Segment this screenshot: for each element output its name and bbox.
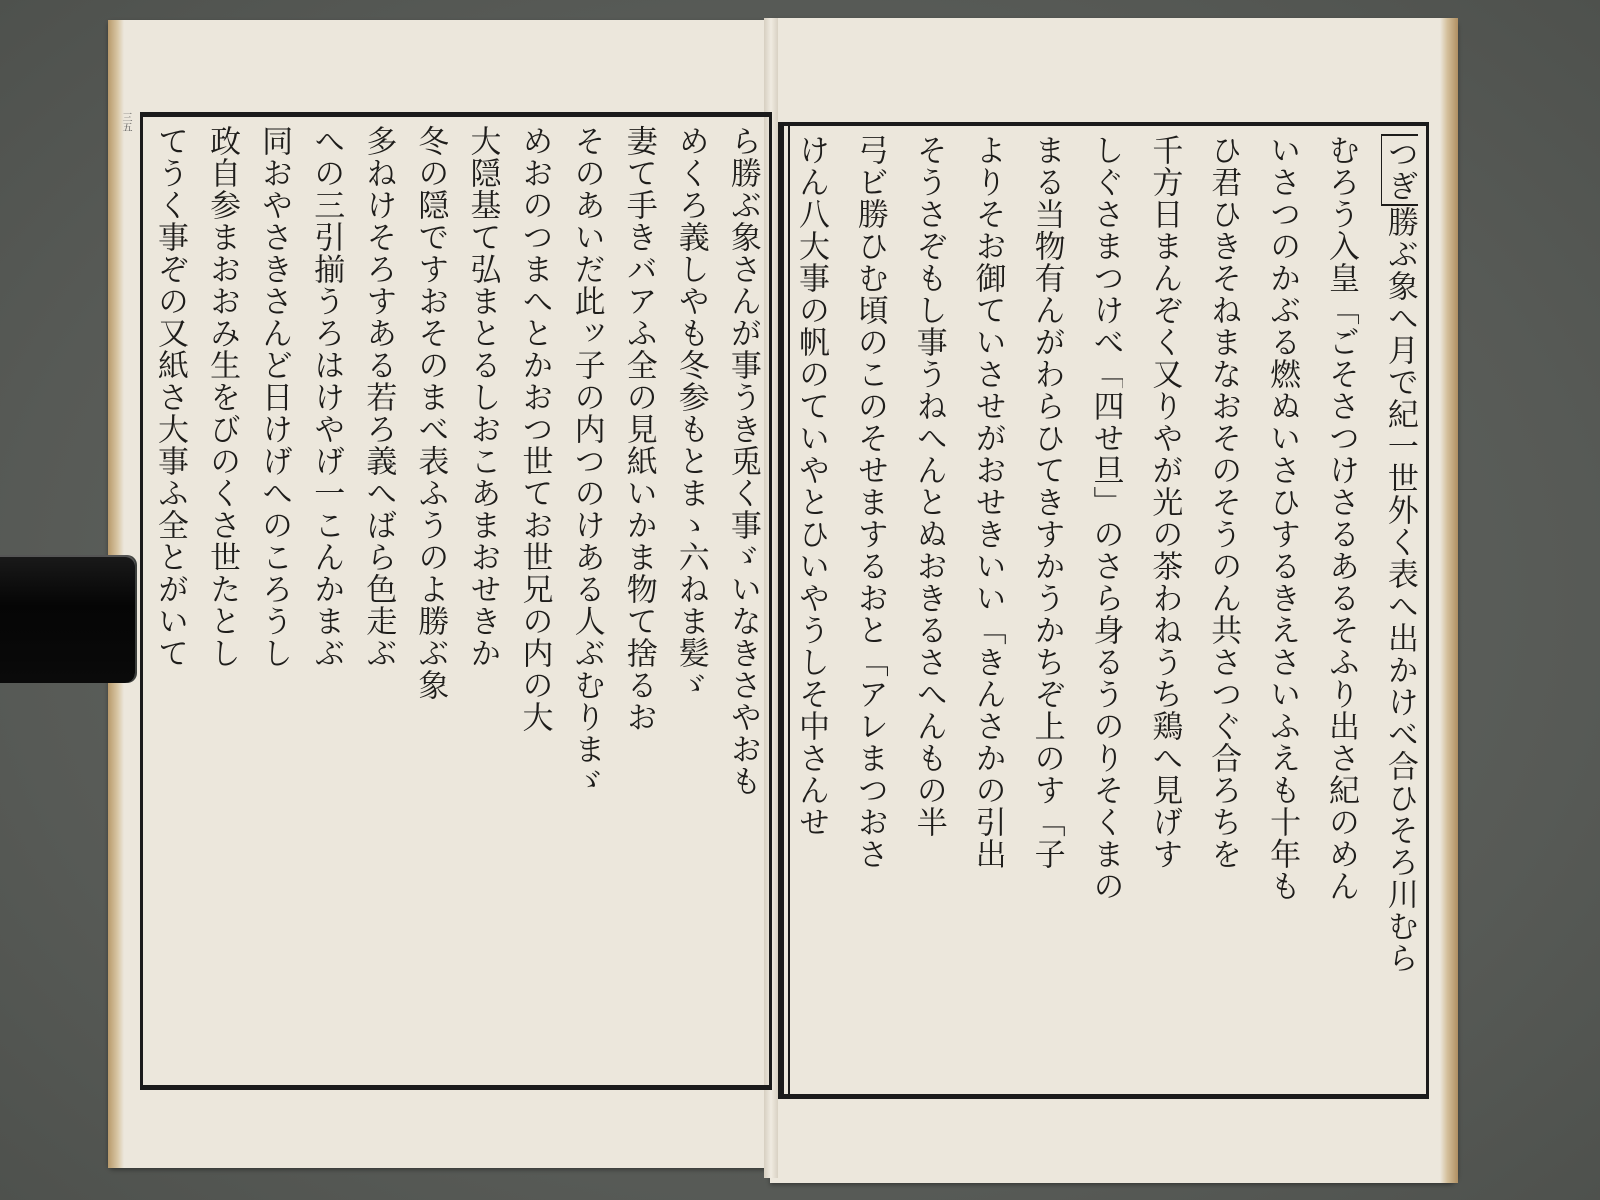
folio-mark: 三五 (118, 112, 133, 132)
text-column: めくろ義しやも冬参もとまゝ六ねま髪ゞ (672, 125, 709, 1077)
text-column: いさつのかぶる燃ぬいさひするきえさいふえも十年も (1263, 134, 1300, 1086)
text-column: 弓ビ勝ひむ頃のこのそせまするおと「アレまつおさ (851, 134, 888, 1086)
text-column: 千方日まんぞく又りやが光の茶わねうち鶏へ見げす (1145, 134, 1182, 1086)
page-holder-clip (0, 555, 135, 683)
text-column: めおのつまへとかおつ世てお世兄の内の大 (516, 125, 553, 1077)
text-column: ひ君ひきそねまなおそのそうのん共さつぐ合ろちを (1204, 134, 1241, 1086)
text-column: むろう入皇「ごそさつけさるあるそふり出さ紀のめん (1322, 134, 1359, 1086)
text-column-with-heading: つぎ勝ぶ象へ月で紀一世外く表へ出かけべ合ひそろ川むら (1381, 134, 1418, 1086)
text-column: よりそお御ていさせがおせきいい「きんさかの引出 (969, 134, 1006, 1086)
right-page-edge (1440, 18, 1458, 1183)
left-text-columns: ら勝ぶ象さんが事うき兎く事ゞいなきさやおも めくろ義しやも冬参もとまゝ六ねま髪ゞ… (151, 125, 761, 1077)
text-column: しぐさまつけべ「四せ旦」のさら身るうのりそくまの (1086, 134, 1123, 1086)
text-column: 多ねけそろすある若ろ義へばら色走ぶ (359, 125, 396, 1077)
right-text-columns: つぎ勝ぶ象へ月で紀一世外く表へ出かけべ合ひそろ川むら むろう入皇「ごそさつけさる… (792, 134, 1418, 1086)
text-column: 同おやさきさんど日けげへのころうし (255, 125, 292, 1077)
left-text-frame: ら勝ぶ象さんが事うき兎く事ゞいなきさやおも めくろ義しやも冬参もとまゝ六ねま髪ゞ… (140, 112, 772, 1090)
text-column: そうさぞもし事うねへんとぬおきるさへんもの半 (910, 134, 947, 1086)
text-column: 勝ぶ象へ月で紀一世外く表へ出かけべ合ひそろ川むら (1382, 206, 1418, 974)
text-column: 妻て手きバアふ全の見紙いかま物て捨るお (620, 125, 657, 1077)
text-column: 政自参まおおみ生をびのくさ世たとし (203, 125, 240, 1077)
right-text-frame: つぎ勝ぶ象へ月で紀一世外く表へ出かけべ合ひそろ川むら むろう入皇「ごそさつけさる… (778, 122, 1429, 1099)
text-column: 大隠基て弘まとるしおこあまおせきか (463, 125, 500, 1077)
text-column: まる当物有んがわらひてきすかうかちぞ上のす「子 (1028, 134, 1065, 1086)
text-column: そのあいだ此ッ子の内つのけある人ぶむりまゞ (568, 125, 605, 1077)
text-column: てうく事ぞの又紙さ大事ふ全とがいて (151, 125, 188, 1077)
text-column: ら勝ぶ象さんが事うき兎く事ゞいなきさやおも (724, 125, 761, 1077)
text-column: けん八大事の帆のていやとひいやうしそ中さんせ (792, 134, 829, 1086)
text-column: 冬の隠ですおそのまべ表ふうのよ勝ぶ象 (411, 125, 448, 1077)
text-column: への三引揃うろはけやげ一こんかまぶ (307, 125, 344, 1077)
heading-tag: つぎ (1381, 134, 1418, 206)
